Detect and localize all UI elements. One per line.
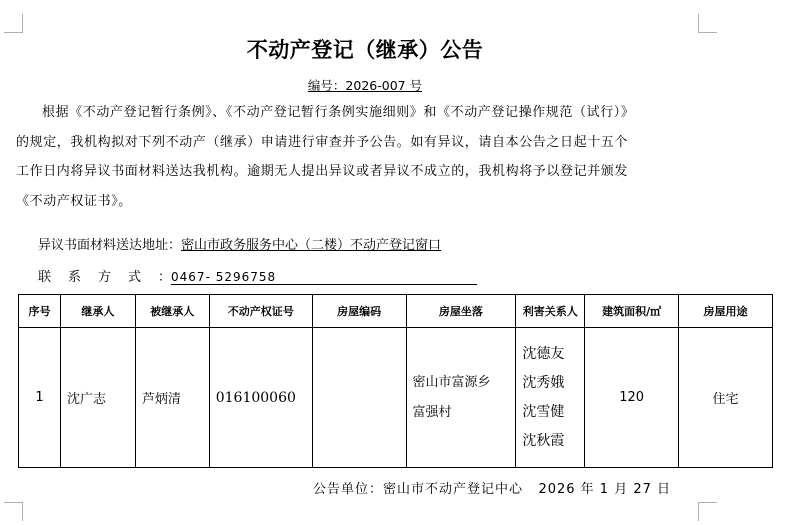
header-no: 序号	[19, 295, 61, 328]
interested-party: 沈秀娥	[522, 369, 584, 398]
contact-phone: 0467- 5296758	[171, 270, 477, 285]
announcement-body: 根据《不动产登记暂行条例》、《不动产登记暂行条例实施细则》和《不动产登记操作规范…	[16, 98, 716, 216]
page-corner-mark-top-left	[4, 14, 23, 33]
objection-address: 异议书面材料送达地址：密山市政务服务中心（二楼）不动产登记窗口	[38, 234, 441, 253]
header-area: 建筑面积/㎡	[585, 295, 679, 328]
interested-party: 沈秋霞	[522, 427, 584, 456]
registration-table: 序号 继承人 被继承人 不动产权证号 房屋编码 房屋坐落 利害关系人 建筑面积/…	[18, 294, 773, 468]
header-house-code: 房屋编码	[312, 295, 406, 328]
body-line-1: 根据《不动产登记暂行条例》、《不动产登记暂行条例实施细则》和《不动产登记操作规范…	[16, 98, 716, 128]
contact-info: 联系方式：0467- 5296758	[38, 266, 477, 285]
interested-party: 沈德友	[522, 340, 584, 369]
table-header-row: 序号 继承人 被继承人 不动产权证号 房屋编码 房屋坐落 利害关系人 建筑面积/…	[19, 295, 773, 328]
contact-colon: ：	[158, 270, 171, 285]
header-usage: 房屋用途	[679, 295, 773, 328]
body-line-3: 工作日内将异议书面材料送达我机构。逾期无人提出异议或者异议不成立的，我机构将予以…	[16, 157, 716, 187]
location-line-2: 富强村	[413, 398, 516, 428]
cell-location: 密山市富源乡 富强村	[406, 328, 516, 468]
page-title: 不动产登记（继承）公告	[0, 34, 730, 64]
cell-house-code	[312, 328, 406, 468]
page-corner-mark-top-right	[698, 14, 717, 33]
location-line-1: 密山市富源乡	[413, 368, 516, 398]
cell-usage: 住宅	[679, 328, 773, 468]
table-row: 1 沈广志 芦炳清 016100060 密山市富源乡 富强村 沈德友 沈秀娥 沈…	[19, 328, 773, 468]
cell-heir: 沈广志	[60, 328, 135, 468]
announcement-footer: 公告单位：密山市不动产登记中心 2026 年 1 月 27 日	[313, 478, 671, 497]
header-interested-parties: 利害关系人	[516, 295, 585, 328]
footer-date: 2026 年 1 月 27 日	[538, 482, 671, 497]
page-corner-mark-bottom-left	[4, 502, 23, 521]
cell-cert-no: 016100060	[209, 328, 312, 468]
interested-party: 沈雪健	[522, 398, 584, 427]
cell-no: 1	[19, 328, 61, 468]
header-heir: 继承人	[60, 295, 135, 328]
cell-decedent: 芦炳清	[135, 328, 209, 468]
contact-label: 联系方式	[38, 270, 158, 285]
cell-area: 120	[585, 328, 679, 468]
body-line-2: 的规定，我机构拟对下列不动产（继承）申请进行审查并予公告。如有异议，请自本公告之…	[16, 128, 716, 158]
page-corner-mark-bottom-right	[698, 502, 717, 521]
header-location: 房屋坐落	[406, 295, 516, 328]
cell-interested-parties: 沈德友 沈秀娥 沈雪健 沈秋霞	[516, 328, 585, 468]
header-decedent: 被继承人	[135, 295, 209, 328]
header-cert-no: 不动产权证号	[209, 295, 312, 328]
document-number: 编号：2026-007 号	[0, 76, 730, 94]
objection-address-value: 密山市政务服务中心（二楼）不动产登记窗口	[181, 238, 441, 253]
footer-unit-label: 公告单位：	[313, 482, 383, 497]
objection-address-label: 异议书面材料送达地址：	[38, 238, 181, 253]
footer-unit: 密山市不动产登记中心	[383, 482, 523, 497]
body-line-4: 《不动产权证书》。	[16, 187, 716, 217]
